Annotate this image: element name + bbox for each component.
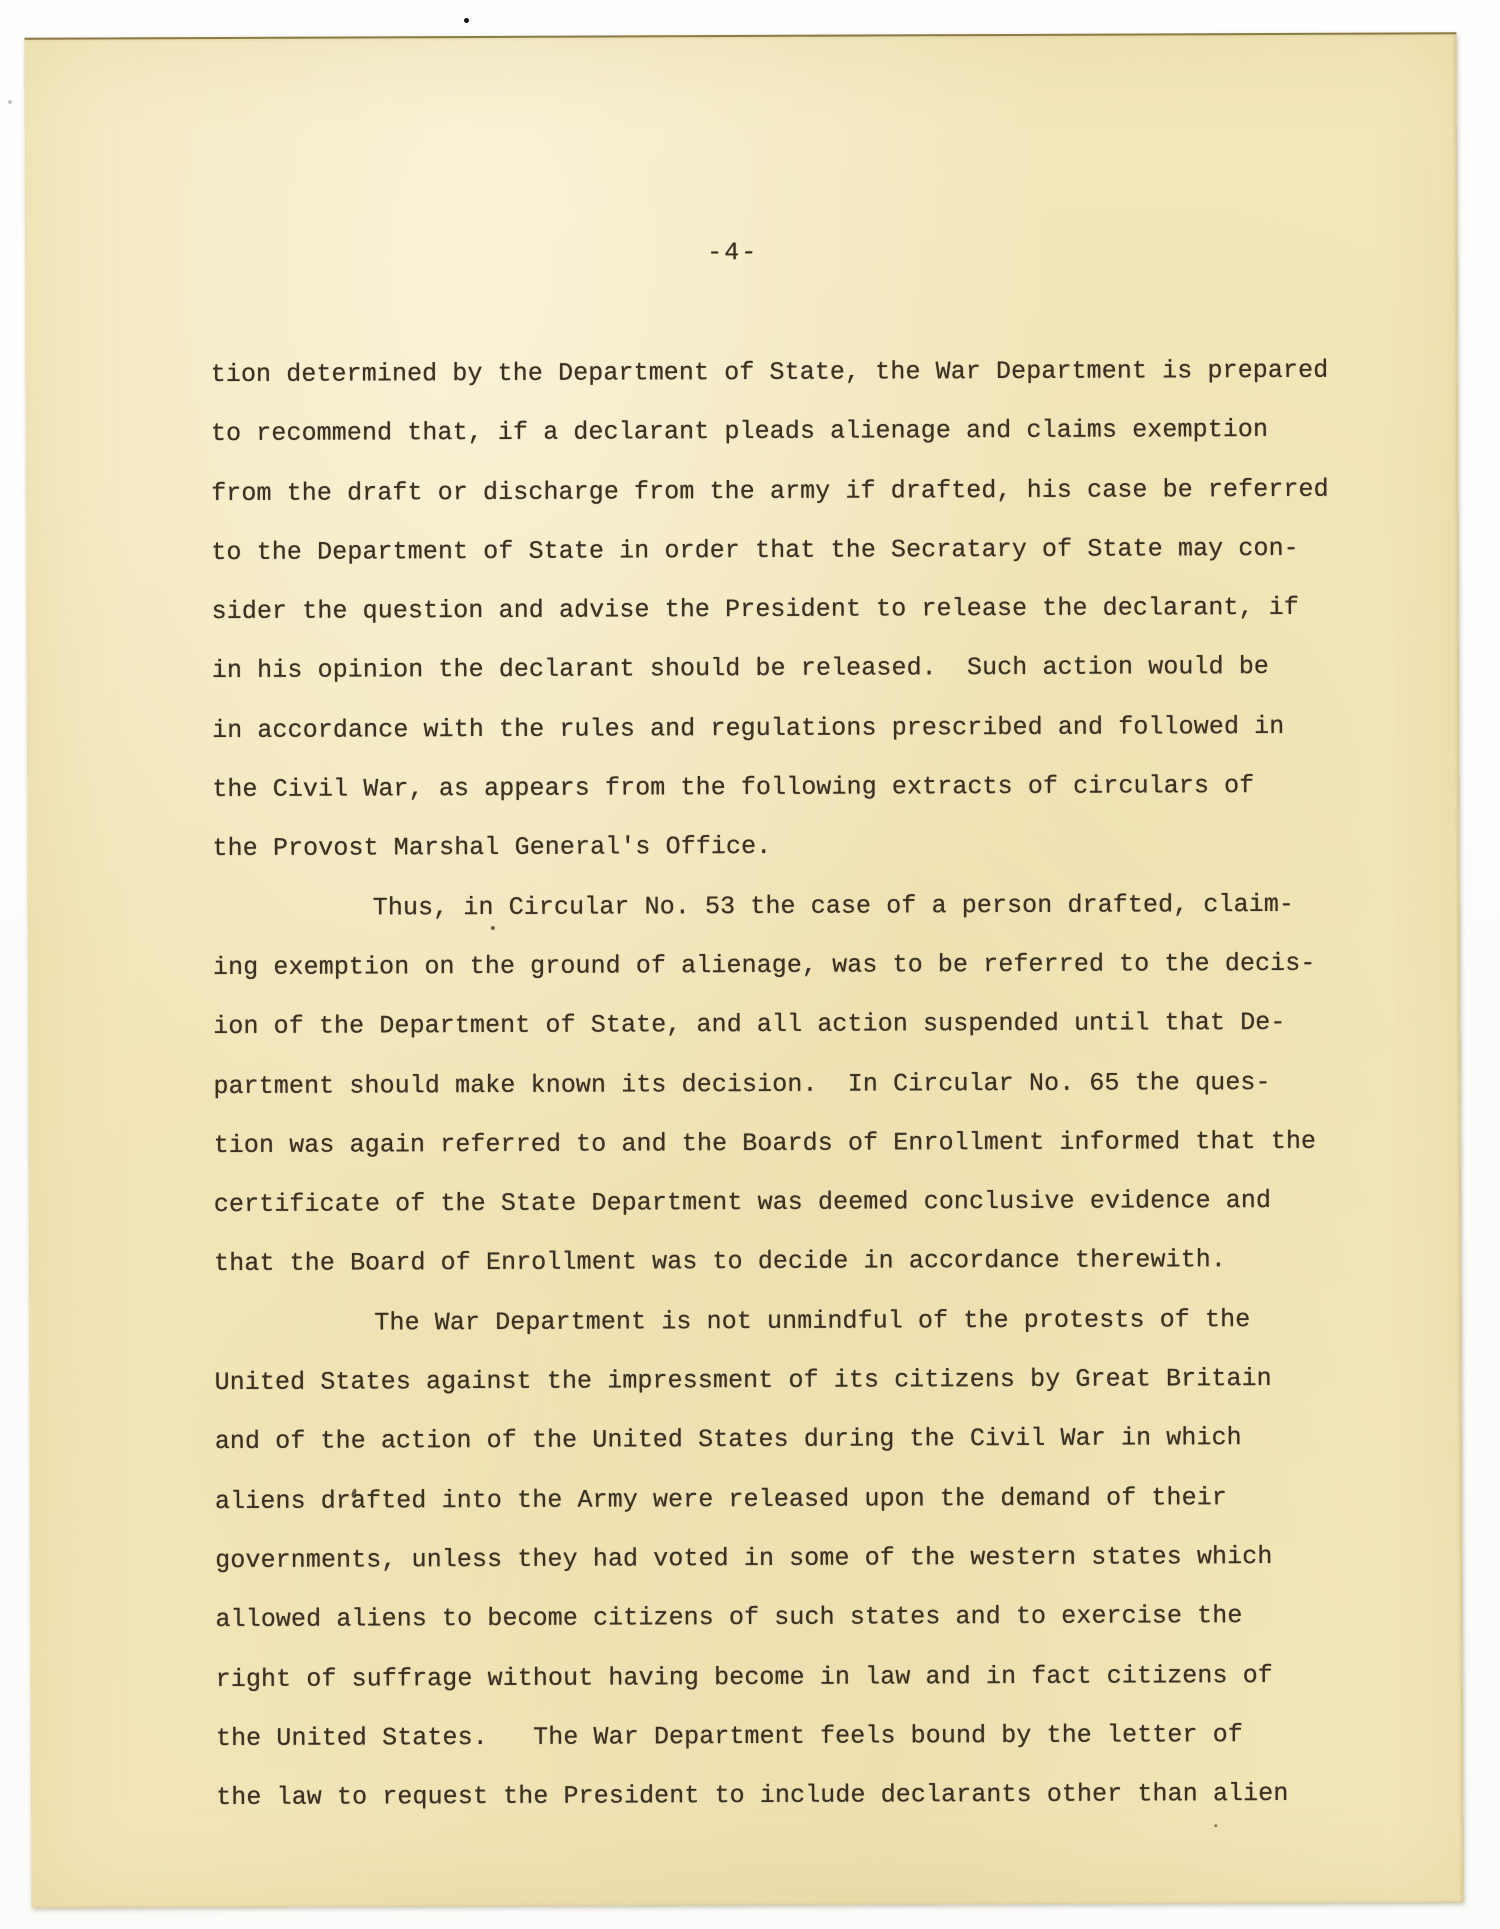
text-line: the Provost Marshal General's Office. [212, 815, 1392, 879]
text-line: tion was again referred to and the Board… [214, 1111, 1394, 1175]
text-line: that the Board of Enrollment was to deci… [214, 1230, 1394, 1294]
scanned-document: -4- tion determined by the Department of… [0, 0, 1500, 1929]
text-line: governments, unless they had voted in so… [215, 1526, 1395, 1590]
text-line: ion of the Department of State, and all … [213, 993, 1393, 1057]
scan-speck [8, 100, 12, 104]
text-line: the Civil War, as appears from the follo… [212, 756, 1392, 820]
text-line: The War Department is not unmindful of t… [214, 1289, 1394, 1353]
text-line: Thus, in Circular No. 53 the case of a p… [213, 874, 1393, 938]
scan-speck [464, 18, 469, 23]
text-line: aliens drafted into the Army were releas… [215, 1467, 1395, 1531]
text-line: in accordance with the rules and regulat… [212, 696, 1392, 760]
text-line: in his opinion the declarant should be r… [212, 637, 1392, 701]
text-line: and of the action of the United States d… [215, 1408, 1395, 1472]
text-line: United States against the impressment of… [214, 1349, 1394, 1413]
text-line: allowed aliens to become citizens of suc… [215, 1586, 1395, 1650]
text-line: to recommend that, if a declarant pleads… [211, 400, 1391, 464]
text-line: right of suffrage without having become … [216, 1645, 1396, 1709]
text-line: from the draft or discharge from the arm… [211, 459, 1391, 523]
text-line: ing exemption on the ground of alienage,… [213, 933, 1393, 997]
text-line: certificate of the State Department was … [214, 1171, 1394, 1235]
typewritten-text: tion determined by the Department of Sta… [211, 341, 1397, 1828]
text-line: tion determined by the Department of Sta… [211, 341, 1391, 405]
text-line: the United States. The War Department fe… [216, 1704, 1396, 1768]
paper-page: -4- tion determined by the Department of… [24, 32, 1463, 1907]
text-line: to the Department of State in order that… [211, 518, 1391, 582]
text-line: the law to request the President to incl… [216, 1764, 1396, 1828]
text-line: partment should make known its decision.… [213, 1052, 1393, 1116]
page-number: -4- [707, 223, 758, 282]
text-line: sider the question and advise the Presid… [212, 578, 1392, 642]
ink-speck [1214, 1824, 1217, 1827]
ink-speck [491, 926, 495, 930]
